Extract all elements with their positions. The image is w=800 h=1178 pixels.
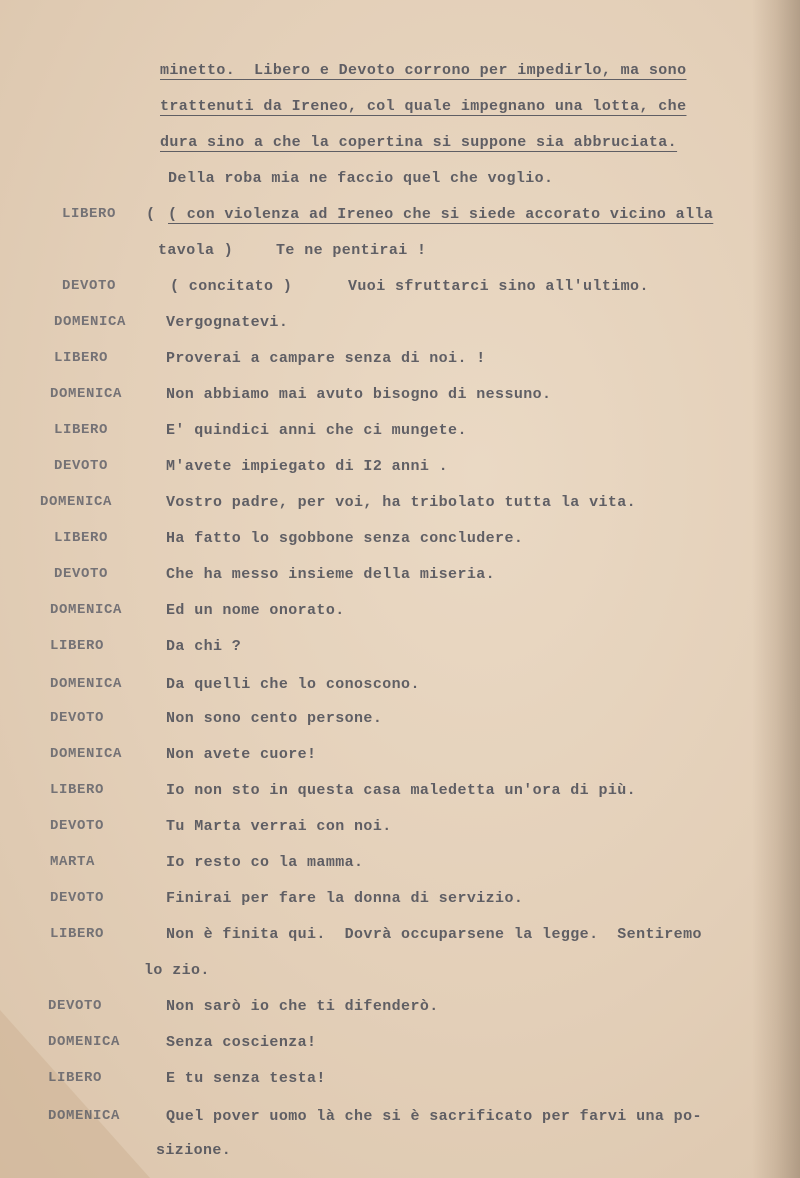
speaker-name: DOMENICA xyxy=(54,314,126,330)
dialogue-text: Senza coscienza! xyxy=(166,1034,316,1051)
stage-direction: ( con violenza ad Ireneo che si siede ac… xyxy=(168,206,713,223)
dialogue-text: Non sarò io che ti difenderò. xyxy=(166,998,439,1015)
dialogue-text: Che ha messo insieme della miseria. xyxy=(166,566,495,583)
speaker-name: DEVOTO xyxy=(54,458,108,474)
dialogue-text: Quel pover uomo là che si è sacrificato … xyxy=(166,1108,702,1125)
dialogue-text-cont: sizione. xyxy=(156,1142,231,1159)
dialogue-text: Te ne pentirai ! xyxy=(276,242,426,259)
dialogue-text: Vuoi sfruttarci sino all'ultimo. xyxy=(348,278,649,295)
speaker-name: LIBERO xyxy=(54,422,108,438)
speaker-name: LIBERO xyxy=(50,638,104,654)
dialogue-text-cont: lo zio. xyxy=(144,962,210,979)
dialogue-text: Tu Marta verrai con noi. xyxy=(166,818,392,835)
dialogue-text: Io resto co la mamma. xyxy=(166,854,363,871)
speaker-name: DOMENICA xyxy=(50,602,122,618)
stage-direction: ( concitato ) xyxy=(170,278,292,295)
dialogue-text: M'avete impiegato di I2 anni . xyxy=(166,458,448,475)
speaker-name: LIBERO xyxy=(54,530,108,546)
dialogue-text: Proverai a campare senza di noi. ! xyxy=(166,350,486,367)
dialogue-text: Non abbiamo mai avuto bisogno di nessuno… xyxy=(166,386,551,403)
dialogue-text: Finirai per fare la donna di servizio. xyxy=(166,890,523,907)
stage-direction-line: trattenuti da Ireneo, col quale impegnan… xyxy=(160,98,686,115)
dialogue-text: Non avete cuore! xyxy=(166,746,316,763)
stage-direction: ( xyxy=(146,206,165,223)
dialogue-text: Ha fatto lo sgobbone senza concludere. xyxy=(166,530,523,547)
speaker-name: LIBERO xyxy=(54,350,108,366)
speaker-name: DOMENICA xyxy=(48,1108,120,1124)
stage-direction-line: minetto. Libero e Devoto corrono per imp… xyxy=(160,62,686,79)
speaker-name: DOMENICA xyxy=(50,676,122,692)
speaker-name: LIBERO xyxy=(50,782,104,798)
speaker-name: LIBERO xyxy=(48,1070,102,1086)
dialogue-text: Della roba mia ne faccio quel che voglio… xyxy=(168,170,553,187)
speaker-name: DOMENICA xyxy=(50,386,122,402)
speaker-name: DEVOTO xyxy=(48,998,102,1014)
document-page: minetto. Libero e Devoto corrono per imp… xyxy=(0,0,800,1178)
speaker-name: MARTA xyxy=(50,854,95,870)
dialogue-text: Ed un nome onorato. xyxy=(166,602,345,619)
dialogue-text: Io non sto in questa casa maledetta un'o… xyxy=(166,782,636,799)
dialogue-text: Da quelli che lo conoscono. xyxy=(166,676,420,693)
speaker-name: DEVOTO xyxy=(50,710,104,726)
dialogue-text: Vergognatevi. xyxy=(166,314,288,331)
speaker-name: DOMENICA xyxy=(40,494,112,510)
speaker-name: LIBERO xyxy=(62,206,116,222)
stage-direction-cont: tavola ) xyxy=(158,242,233,259)
stage-direction-line: dura sino a che la copertina si suppone … xyxy=(160,134,677,151)
speaker-name: DEVOTO xyxy=(50,890,104,906)
speaker-name: DOMENICA xyxy=(48,1034,120,1050)
dialogue-text: Da chi ? xyxy=(166,638,241,655)
dialogue-text: E tu senza testa! xyxy=(166,1070,326,1087)
dialogue-text: Non sono cento persone. xyxy=(166,710,382,727)
dialogue-text: Vostro padre, per voi, ha tribolato tutt… xyxy=(166,494,636,511)
dialogue-text: E' quindici anni che ci mungete. xyxy=(166,422,467,439)
speaker-name: DEVOTO xyxy=(54,566,108,582)
speaker-name: DEVOTO xyxy=(62,278,116,294)
dialogue-text: Non è finita qui. Dovrà occuparsene la l… xyxy=(166,926,702,943)
speaker-name: LIBERO xyxy=(50,926,104,942)
speaker-name: DEVOTO xyxy=(50,818,104,834)
speaker-name: DOMENICA xyxy=(50,746,122,762)
